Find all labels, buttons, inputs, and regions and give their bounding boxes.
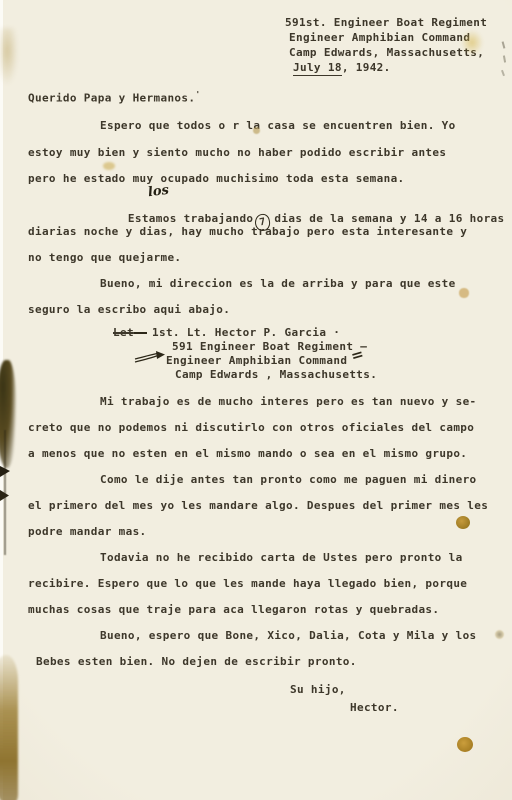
- address-name-line: 1st. Lt. Hector P. Garcia ·: [152, 326, 340, 339]
- body-line: podre mandar mas.: [28, 525, 147, 538]
- body-line: seguro la escribo aqui abajo.: [28, 303, 230, 316]
- body-line: Bebes esten bien. No dejen de escribir p…: [36, 655, 357, 668]
- body-line: pero he estado muy ocupado muchisimo tod…: [28, 172, 405, 185]
- body-line: recibire. Espero que lo que les mande ha…: [28, 577, 467, 590]
- body-line: Bueno, mi direccion es la de arriba y pa…: [100, 277, 456, 290]
- handwritten-insertion: los: [147, 185, 169, 199]
- date-underlined: July 18: [293, 61, 342, 76]
- pencil-mark: [503, 55, 506, 62]
- body-line: Espero que todos o r la casa se encuentr…: [100, 119, 456, 132]
- body-line: Todavia no he recibido carta de Ustes pe…: [100, 551, 463, 564]
- body-line: Como le dije antes tan pronto como me pa…: [100, 473, 477, 486]
- typed-segment: dias de la semana y 14 a 16 horas: [274, 212, 504, 225]
- address-command-line: Engineer Amphibian Command: [166, 354, 347, 367]
- body-line: Mi trabajo es de mucho interes pero es t…: [100, 395, 477, 408]
- letterhead-line-1: 591st. Engineer Boat Regiment: [285, 16, 487, 29]
- stain-left-line: [4, 430, 6, 555]
- signature: Hector.: [350, 701, 399, 714]
- address-regiment-line: 591 Engineer Boat Regiment —: [172, 340, 367, 353]
- salutation-mark: ': [195, 90, 200, 99]
- pencil-mark: [501, 70, 505, 76]
- body-line: no tengo que quejarme.: [28, 251, 181, 264]
- salutation: Querido Papa y Hermanos.': [28, 88, 200, 105]
- salutation-text: Querido Papa y Hermanos.: [28, 92, 195, 105]
- scan-edge-left: [0, 0, 3, 800]
- pencil-mark: [502, 41, 506, 48]
- letterhead-line-3: Camp Edwards, Massachusetts,: [289, 46, 484, 59]
- stain-dot-bottom-right: [457, 737, 473, 752]
- address-struck-word: Let: [113, 326, 134, 339]
- body-line: diarias noche y dias, hay mucho trabajo …: [28, 225, 467, 238]
- body-line: muchas cosas que traje para aca llegaron…: [28, 603, 439, 616]
- stain-dot-mid-right: [456, 516, 470, 529]
- body-line: a menos que no esten en el mismo mando o…: [28, 447, 467, 460]
- address-location-line: Camp Edwards , Massachusetts.: [175, 368, 377, 381]
- letterhead-date-line: July 18, 1942.: [293, 61, 391, 74]
- body-line: Bueno, espero que Bone, Xico, Dalia, Cot…: [100, 629, 477, 642]
- handwritten-arrow-icon: [134, 349, 166, 364]
- stain-speck: [459, 288, 469, 298]
- letter-page: 591st. Engineer Boat Regiment Engineer A…: [0, 0, 512, 800]
- body-line: el primero del mes yo les mandare algo. …: [28, 499, 488, 512]
- valediction: Su hijo,: [290, 683, 346, 696]
- date-rest: , 1942.: [342, 61, 391, 74]
- typed-segment: Estamos trabajando: [128, 212, 254, 225]
- stain-speck: [103, 162, 115, 170]
- struck-text: Let: [113, 326, 134, 339]
- handwritten-equals-mark: =: [350, 348, 365, 361]
- body-line: estoy muy bien y siento mucho no haber p…: [28, 146, 446, 159]
- body-line: creto que no podemos ni discutirlo con o…: [28, 421, 474, 434]
- letterhead-line-2: Engineer Amphibian Command: [289, 31, 470, 44]
- stain-speck: [495, 630, 504, 639]
